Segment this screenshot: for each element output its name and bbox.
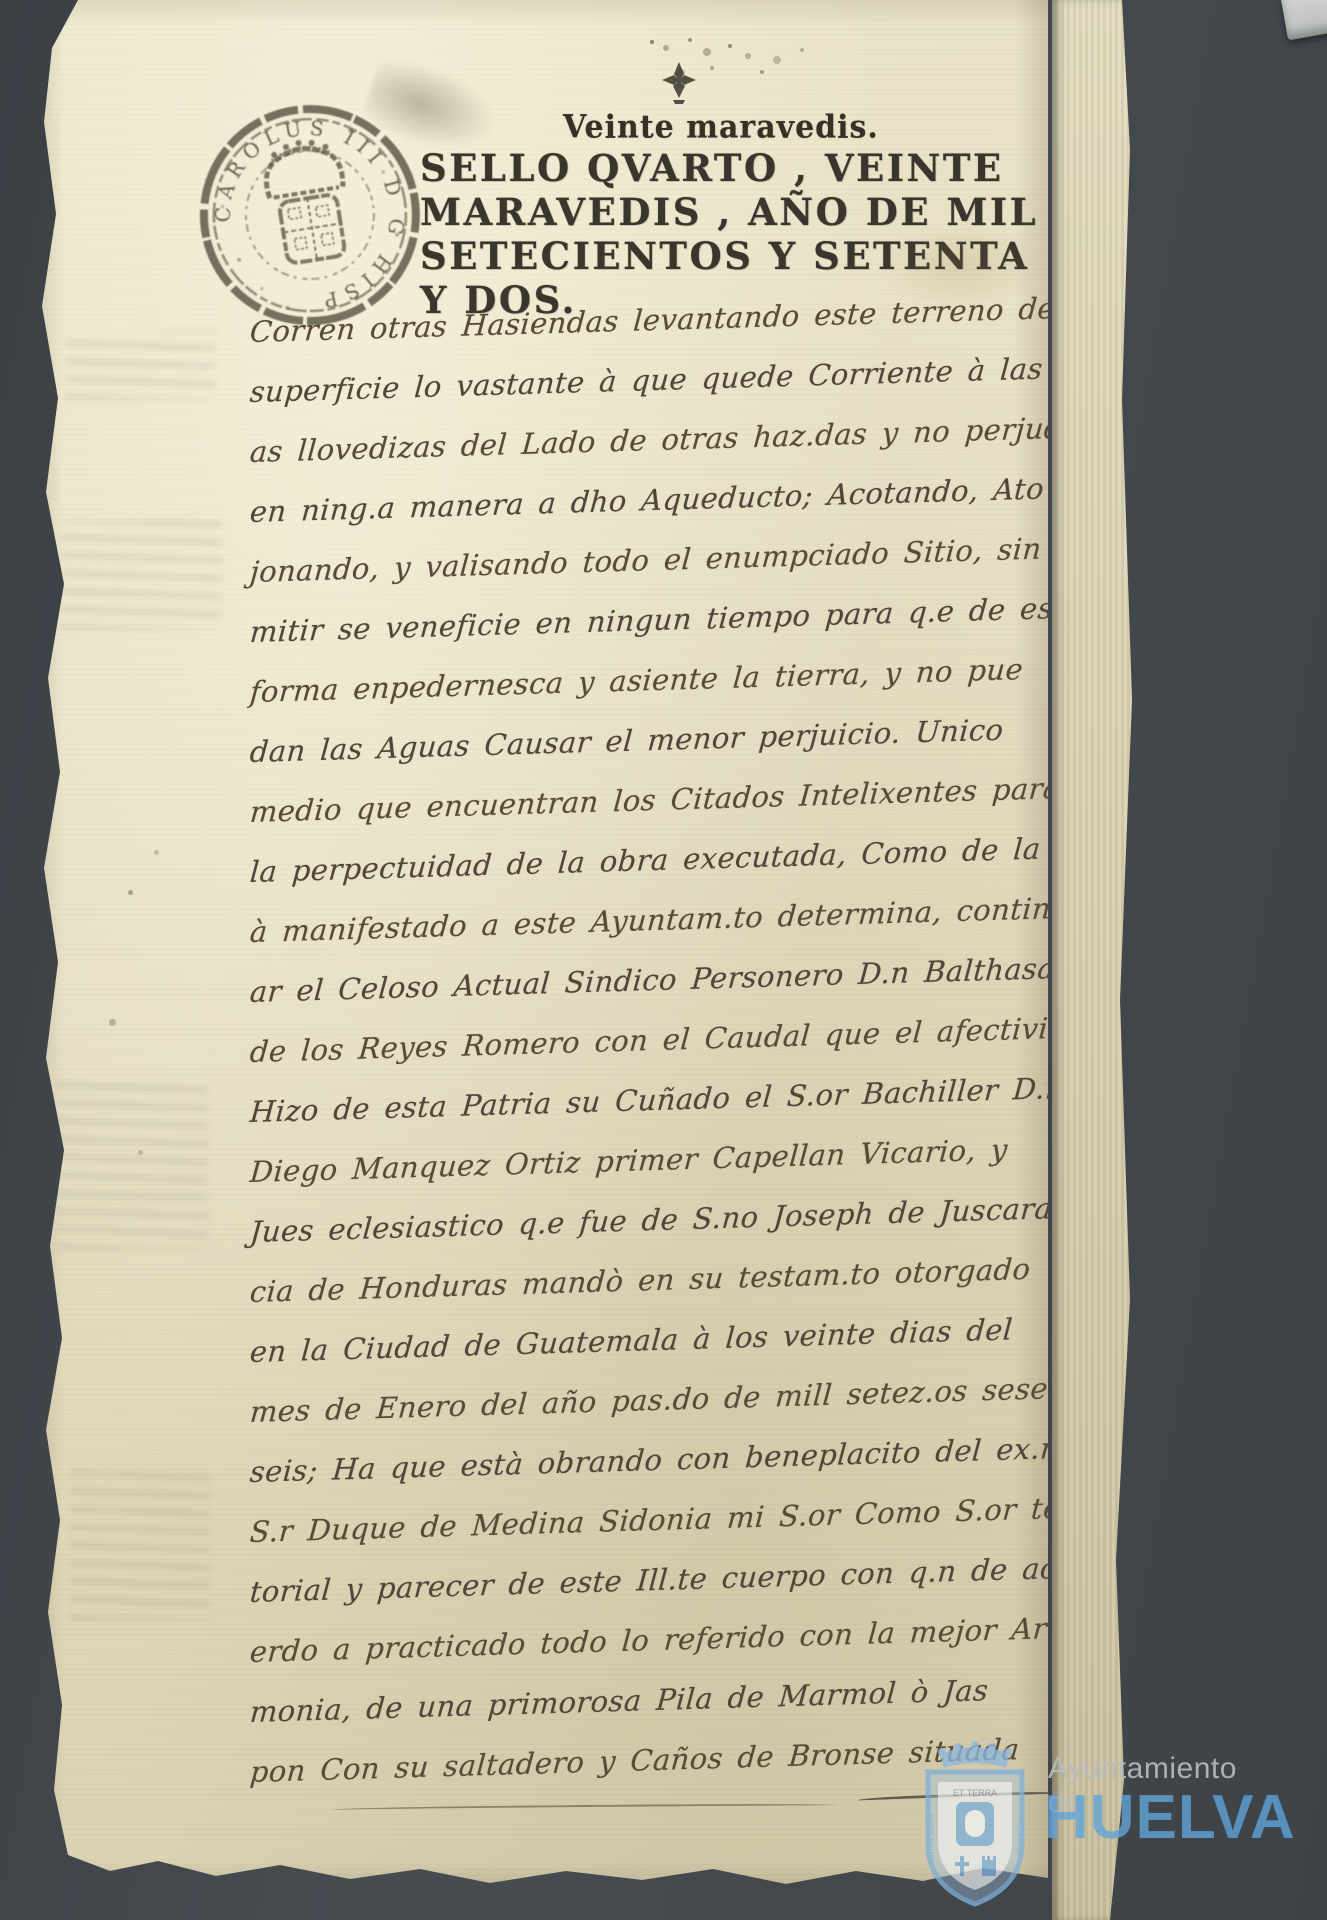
manuscript-page: Veinte maravedis. SELLO QVARTO , VEINTE … xyxy=(18,0,1048,1920)
bleedthrough-mark xyxy=(62,520,222,630)
tax-value-line: Veinte maravedis. xyxy=(563,109,879,146)
paper-stain xyxy=(880,222,1040,308)
maltese-cross-icon xyxy=(658,56,700,110)
manuscript-body: Corren otras Hasiendas levantando este t… xyxy=(250,302,1062,1802)
printed-header-line: SELLO QVARTO , VEINTE xyxy=(420,146,1040,190)
bleedthrough-mark xyxy=(66,330,216,400)
ink-specks xyxy=(650,40,654,44)
corner-tab xyxy=(1281,0,1327,40)
foxing-dots xyxy=(128,890,133,895)
page-edge-strip xyxy=(1052,0,1136,1920)
bleedthrough-mark xyxy=(70,1470,210,1620)
archive-scan-page: { "page": { "background_color": "#43484d… xyxy=(0,0,1327,1920)
bleedthrough-mark xyxy=(58,1080,208,1250)
ink-rule xyxy=(332,1803,837,1812)
